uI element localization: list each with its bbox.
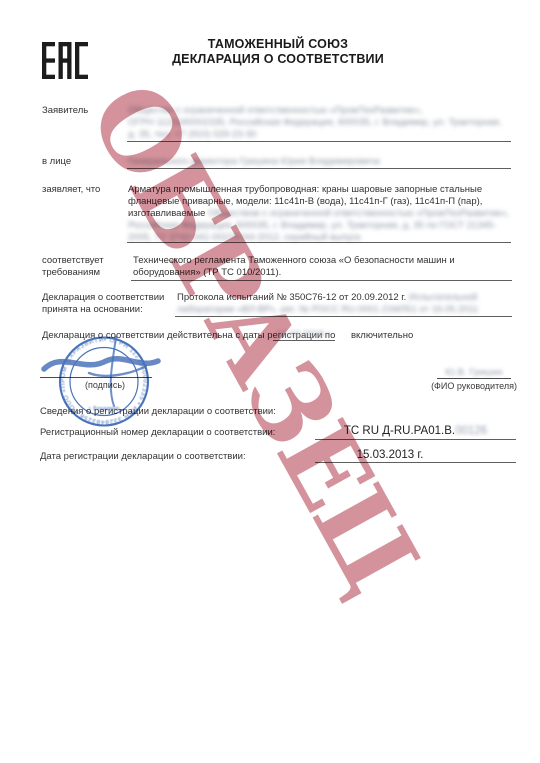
stamp-center-text: г. Владимир <box>89 406 120 412</box>
head-caption: (ФИО руководителя) <box>427 381 521 391</box>
declares-line4: Российская Федерация, 600035, г. Владими… <box>128 220 496 232</box>
head-name-line <box>437 378 511 379</box>
basis-line1-blurred: Испытательной <box>409 292 477 303</box>
applicant-label: Заявитель <box>42 105 88 117</box>
validity-suffix: включительно <box>351 330 413 342</box>
conforms-line2: оборудования» (ТР ТС 010/2011). <box>133 267 281 279</box>
basis-line1-clear: Протокола испытаний № 350С76-12 от 20.09… <box>177 292 406 303</box>
declares-line3: изготавливаемые Обществом с ограниченной… <box>128 208 509 220</box>
basis-label-line1: Декларация о соответствии <box>42 292 164 304</box>
declares-line3-clear: изготавливаемые <box>128 208 205 219</box>
registration-date-underline <box>315 462 516 463</box>
document-title: ТАМОЖЕННЫЙ СОЮЗ ДЕКЛАРАЦИЯ О СООТВЕТСТВИ… <box>98 37 458 67</box>
registration-number-blurred: 00126 <box>455 425 487 437</box>
applicant-value-line1: Общество с ограниченной ответственностью… <box>128 105 423 117</box>
basis-line1: Протокола испытаний № 350С76-12 от 20.09… <box>177 292 477 304</box>
validity-date-underline <box>273 340 335 341</box>
basis-underline <box>175 316 512 317</box>
conforms-label-line2: требованиям <box>42 267 100 279</box>
applicant-underline <box>127 141 511 142</box>
registration-date-label: Дата регистрации декларации о соответств… <box>40 451 246 463</box>
stamp-signature-flourish <box>111 337 116 406</box>
declares-line3-blurred: Обществом с ограниченной ответственность… <box>208 208 509 219</box>
eac-logo-icon <box>42 42 88 80</box>
applicant-value-line2: ОГРН 1123340002335, Российская Федерация… <box>128 117 502 129</box>
round-stamp: • ОГРН 1123340002335 • ИНН 3328483258 • … <box>34 311 174 451</box>
represented-by-underline <box>127 168 511 169</box>
declares-underline <box>127 242 511 243</box>
title-line-1: ТАМОЖЕННЫЙ СОЮЗ <box>98 37 458 52</box>
basis-line2: лаборатории «ВЛ-ВР», рег. № РОСС RU.0001… <box>177 304 478 316</box>
declaration-document: ТАМОЖЕННЫЙ СОЮЗ ДЕКЛАРАЦИЯ О СООТВЕТСТВИ… <box>0 0 540 763</box>
conforms-underline <box>131 280 512 281</box>
represented-by-value: Генерального директора Гришина Юрия Влад… <box>128 156 380 168</box>
registration-date-value: 15.03.2013 г. <box>290 449 490 461</box>
declares-line2: фланцевые приварные, модели: 11с41п-В (в… <box>128 196 482 208</box>
registration-number-clear: ТС RU Д-RU.РА01.В. <box>344 425 455 437</box>
title-line-2: ДЕКЛАРАЦИЯ О СООТВЕТСТВИИ <box>98 52 458 67</box>
conforms-label-line1: соответствует <box>42 255 104 267</box>
applicant-value-line3: д. 35, тел. +7 (910) 029-23-30 <box>128 129 256 141</box>
declares-label: заявляет, что <box>42 184 100 196</box>
represented-by-label: в лице <box>42 156 71 168</box>
conforms-line1: Технического регламента Таможенного союз… <box>133 255 455 267</box>
registration-number-underline <box>315 439 516 440</box>
declares-line1: Арматура промышленная трубопроводная: кр… <box>128 184 482 196</box>
registration-number-value: ТС RU Д-RU.РА01.В.00126 <box>315 425 516 437</box>
